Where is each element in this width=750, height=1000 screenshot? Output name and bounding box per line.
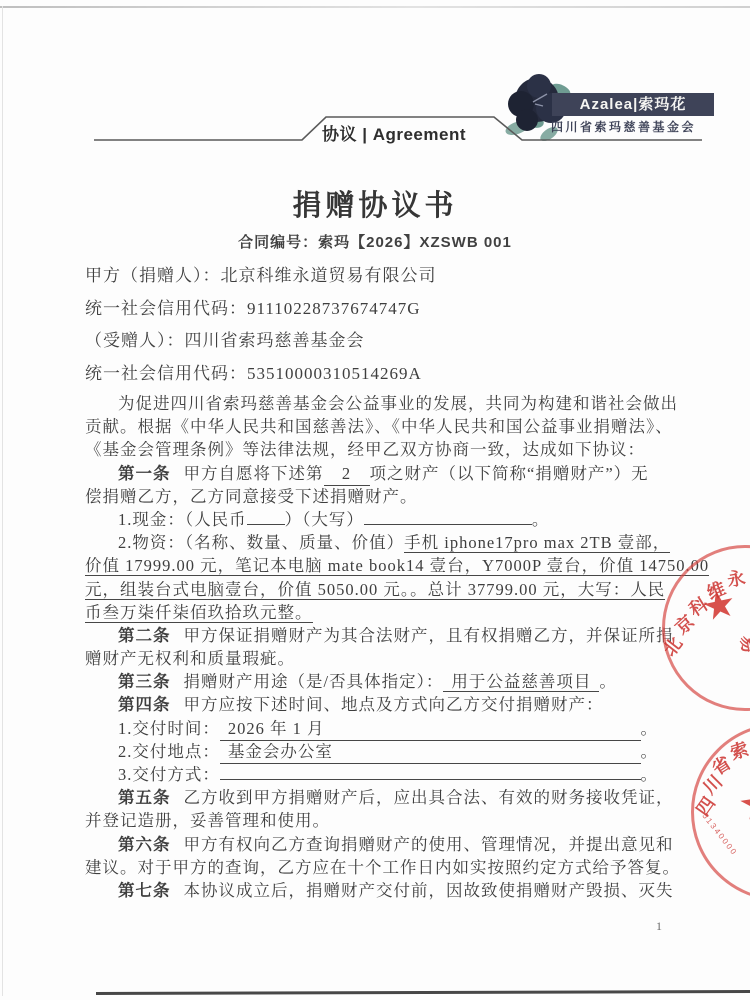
delivery-time-value: 2026 年 1 月	[220, 717, 641, 741]
page-title: 捐赠协议书	[0, 183, 750, 224]
article3-line: 第三条捐赠财产用途（是/否具体指定）：用于公益慈善项目。	[85, 670, 670, 693]
seal-char: 四	[689, 791, 721, 821]
goods-value: 价值 17999.00 元，笔记本电脑 mate book14 壹台，Y7000…	[85, 556, 709, 576]
foundation-seal-ring	[691, 723, 750, 901]
cash-amount-blank	[247, 508, 285, 525]
photo-bottom-edge	[96, 990, 750, 995]
period: 。	[641, 717, 659, 740]
delivery-method-blank	[220, 779, 641, 780]
parties-block: 甲方（捐赠人）：北京科维永道贸易有限公司 统一社会信用代码：9111022873…	[85, 260, 685, 390]
delivery-place-value: 基金会办公室	[220, 740, 641, 764]
article1-text: 项之财产（以下简称“捐赠财产”）无	[370, 464, 649, 483]
article1-no: 第一条	[118, 464, 171, 483]
photo-top-edge	[0, 6, 750, 8]
photo-left-edge	[2, 6, 3, 996]
item-number-underlined: 2	[324, 462, 370, 486]
article2-no: 第二条	[118, 626, 171, 645]
party-a-line: 甲方（捐赠人）：北京科维永道贸易有限公司	[85, 260, 685, 293]
article5-line: 并登记造册，妥善管理和使用。	[85, 809, 670, 832]
goods-line: 元，组装台式电脑壹台，价值 5050.00 元。。总计 37799.00 元，大…	[85, 578, 670, 601]
article7-no: 第七条	[118, 881, 171, 900]
article5-text: 乙方收到甲方捐赠财产后，应出具合法、有效的财务接收凭证，	[184, 788, 674, 807]
party-a-credit-code: 统一社会信用代码：91110228737674747G	[85, 293, 685, 326]
period: 。	[532, 510, 550, 529]
article4-no: 第四条	[118, 695, 171, 714]
seal-char: 永	[725, 564, 747, 593]
goods-value: 元，组装台式电脑壹台，价值 5050.00 元。。总计 37799.00 元，大…	[85, 580, 665, 600]
purpose-label: 捐赠财产用途（是/否具体指定）：	[184, 672, 444, 691]
article1-line: 第一条甲方自愿将下述第2项之财产（以下简称“捐赠财产”）无	[85, 462, 670, 485]
banner-label: 协议 | Agreement	[322, 120, 466, 145]
article2-line: 第二条甲方保证捐赠财产为其合法财产，且有权捐赠乙方，并保证所捐	[85, 624, 670, 647]
article1-text: 甲方自愿将下述第	[184, 464, 324, 483]
delivery-time-label: 1.交付时间：	[118, 717, 220, 740]
cash-label: 1.现金：（人民币	[118, 510, 247, 529]
article6-line: 建议。对于甲方的查询，乙方应在十个工作日内如实按照约定方式给予答复。	[85, 856, 670, 879]
purpose-value: 用于公益慈善项目	[443, 672, 599, 692]
preamble-line: 贡献。根据《中华人民共和国慈善法》、《中华人民共和国公益事业捐赠法》、	[85, 415, 670, 438]
article7-line: 第七条本协议成立后，捐赠财产交付前，因故致使捐赠财产毁损、灭失	[85, 879, 670, 902]
goods-label: 2.物资：（名称、数量、质量、价值）	[118, 533, 404, 552]
seal-microtext: 51340000	[700, 811, 739, 857]
article2-text: 甲方保证捐赠财产为其合法财产，且有权捐赠乙方，并保证所捐	[184, 626, 674, 645]
preamble-line: 为促进四川省索玛慈善基金会公益事业的发展，共同为构建和谐社会做出	[85, 392, 670, 415]
goods-value: 币叁万柒仟柒佰玖拾玖元整。	[85, 603, 313, 623]
article6-text: 甲方有权向乙方查询捐赠财产的使用、管理情况，并提出意见和	[184, 835, 674, 854]
party-b-line: （受赠人）：四川省索玛慈善基金会	[85, 325, 685, 358]
article5-no: 第五条	[118, 788, 171, 807]
contract-number: 合同编号：索玛【2026】XZSWB 001	[0, 231, 750, 252]
delivery-place-label: 2.交付地点：	[118, 740, 220, 763]
seal-char: 省	[706, 749, 735, 781]
article4-line: 第四条甲方应按下述时间、地点及方式向乙方交付捐赠财产：	[85, 693, 670, 716]
seal-char: 维	[703, 575, 729, 606]
article2-line: 赠财产无权利和质量瑕疵。	[85, 647, 670, 670]
article6-no: 第六条	[118, 835, 171, 854]
star-icon: ★	[735, 776, 750, 832]
article3-no: 第三条	[118, 672, 171, 691]
cash-line: 1.现金：（人民币）（大写）。	[85, 508, 670, 531]
period: 。	[599, 672, 617, 691]
seal-char: 易	[735, 633, 750, 654]
period: 。	[641, 740, 659, 763]
goods-value: 手机 iphone17pro max 2TB 壹部，	[404, 533, 670, 553]
seal-char: 索	[726, 735, 750, 765]
document-page: Azalea|索玛花 四川省索玛慈善基金会 协议 | Agreement 捐赠协…	[0, 0, 750, 1000]
seal-char: 科	[683, 590, 712, 622]
goods-line: 2.物资：（名称、数量、质量、价值）手机 iphone17pro max 2TB…	[85, 531, 670, 554]
goods-line: 价值 17999.00 元，笔记本电脑 mate book14 壹台，Y7000…	[85, 554, 670, 577]
article4-text: 甲方应按下述时间、地点及方式向乙方交付捐赠财产：	[184, 695, 604, 714]
party-b-credit-code: 统一社会信用代码：53510000310514269A	[85, 358, 685, 391]
goods-line: 币叁万柒仟柒佰玖拾玖元整。	[85, 601, 670, 624]
article5-line: 第五条乙方收到甲方捐赠财产后，应出具合法、有效的财务接收凭证，	[85, 786, 670, 809]
delivery-time-line: 1.交付时间：2026 年 1 月。	[85, 717, 658, 740]
period: 。	[641, 763, 659, 786]
seal-char: 川	[696, 768, 727, 799]
cash-words-blank	[364, 508, 532, 525]
delivery-place-line: 2.交付地点：基金会办公室。	[85, 740, 658, 763]
page-number: 1	[656, 919, 662, 934]
preamble-line: 《基金会管理条例》等法律法规，经甲乙双方协商一致，达成如下协议：	[85, 438, 670, 461]
cash-words-label: ）（大写）	[285, 510, 364, 529]
article7-text: 本协议成立后，捐赠财产交付前，因故致使捐赠财产毁损、灭失	[184, 881, 674, 900]
star-icon: ★	[698, 580, 741, 631]
foundation-seal: ★ 四 川 省 索 51340000	[688, 722, 750, 907]
article1-line: 偿捐赠乙方，乙方同意接受下述捐赠财产。	[85, 485, 670, 508]
delivery-method-line: 3.交付方式：。	[85, 763, 658, 786]
agreement-body: 为促进四川省索玛慈善基金会公益事业的发展，共同为构建和谐社会做出 贡献。根据《中…	[85, 392, 670, 902]
article6-line: 第六条甲方有权向乙方查询捐赠财产的使用、管理情况，并提出意见和	[85, 833, 670, 856]
delivery-method-label: 3.交付方式：	[118, 763, 220, 786]
